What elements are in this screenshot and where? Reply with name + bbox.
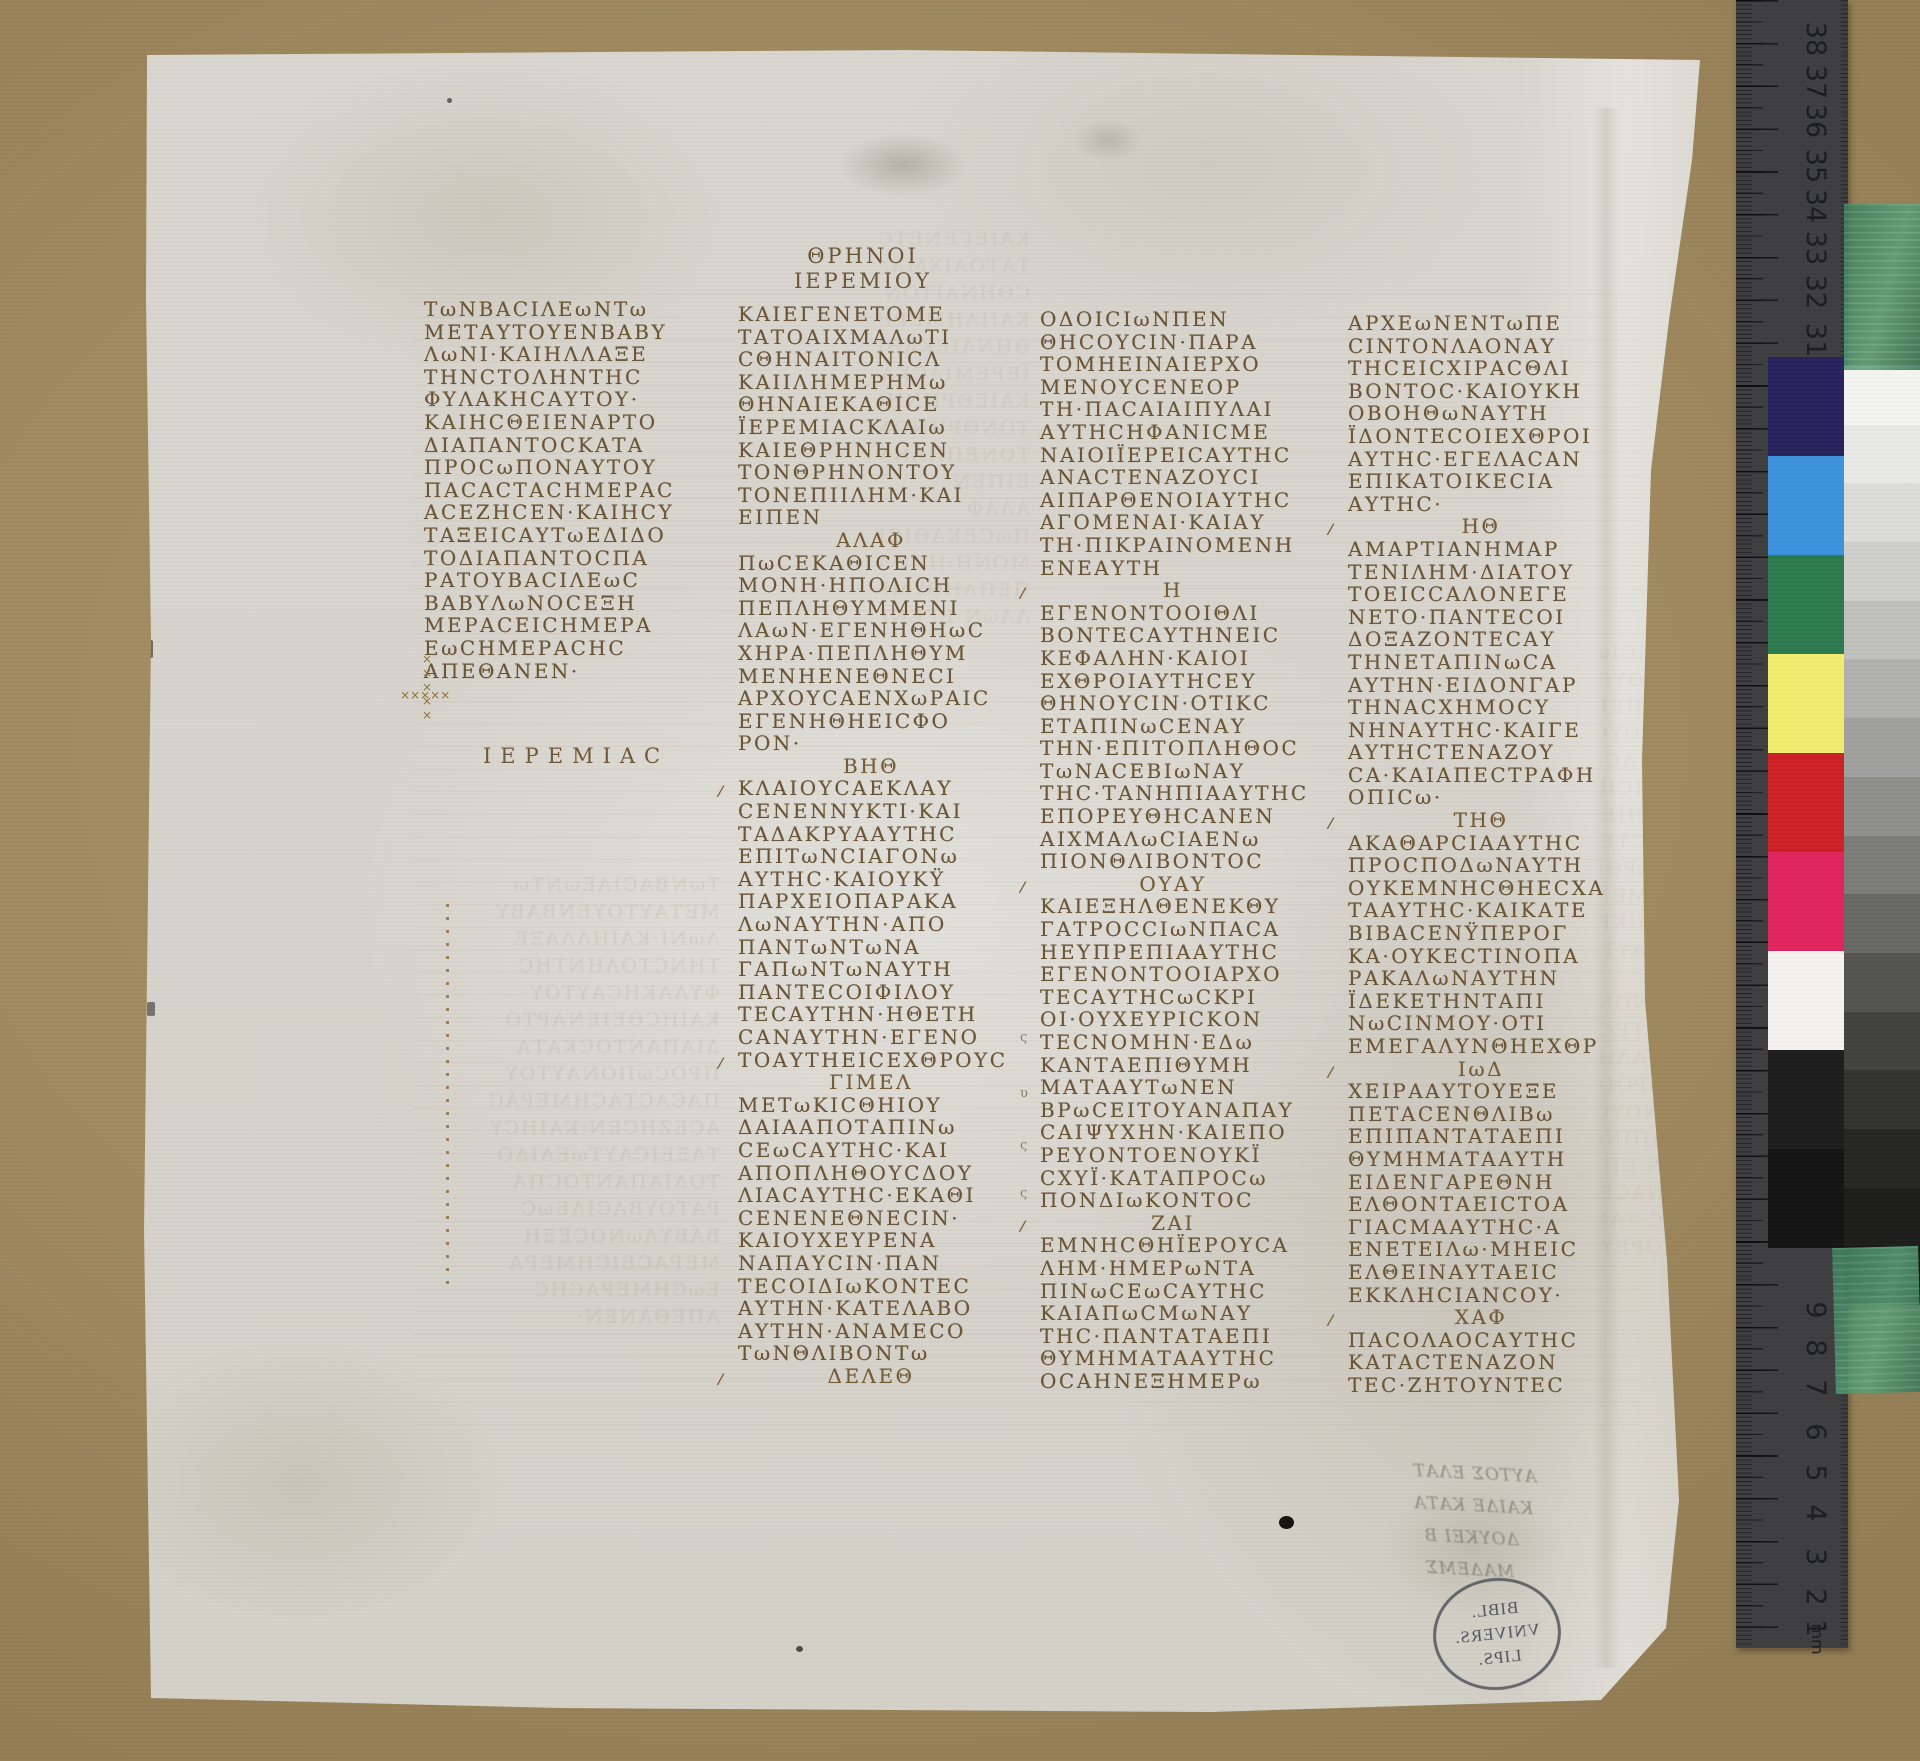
grayscale-step [1844,425,1920,484]
handwriting-line: ΑΥΤΟΣ ΕΛΑΤ [1384,1453,1565,1494]
text-line: ΪΔΟΝΤΕCΟΙΕΧΘΡΟΙ [1348,425,1660,448]
text-line: ΕΓΕΝΟΝΤΟΟΙΑΡΧΟ [1040,963,1352,986]
library-stamp-mirrored: BIBL.VNIVERS.LIPS. [1427,1572,1566,1697]
text-line: ΚΑ·ΟΥΚΕCΤΙΝΟΠΑ [1348,945,1660,968]
text-line: ΟΔΟΙCΙωΝΠΕΝ [1040,308,1352,331]
paragraphos-mark: / [716,1051,726,1074]
text-line: ΠΑCΟΛΑΟCΑΥΤΗC [1348,1329,1660,1352]
text-line: ΑΥΤΗΝ·ΑΝΑΜΕCΟ [738,1320,1050,1343]
text-line: ΔΙΑΠΑΝΤΟCΚΑΤΑ [424,434,736,457]
text-line: ΒΟΝΤΕCΑΥΤΗΝΕΙC [1040,624,1352,647]
ruler-number: 8 [1801,1326,1831,1370]
text-line: ΕΠΙΤωΝCΙΑΓΟΝω [738,845,1050,868]
text-line: ΤΟΔΙΑΠΑΝΤΟCΠΑ [424,547,736,570]
text-line: ΑΠΟΠΛΗΘΟΥCΔΟΥ [738,1162,1050,1185]
text-line: CΘΗΝΑΙΤΟΝΙCΛ [738,348,1050,371]
stain [1383,1478,1563,1618]
stamp-text-line: BIBL. [1433,1592,1557,1629]
paragraphos-mark: / [1018,1214,1028,1237]
text-line: ΑΓΟΜΕΝΑΙ·ΚΑΙΑΥ [1040,511,1352,534]
paragraphos-mark: / [716,780,726,803]
coronis-dotted-tail [446,904,449,1286]
coronis-stem: ׺×׺×׺×׺×׺×׺ [420,652,434,904]
text-line: ΘΗΝΟΥCΙΝ·ΟΤΙΚC [1040,692,1352,715]
text-line: ΚΑΝΤΑΕΠΙΘΥΜΗ [1040,1054,1352,1077]
ruler-number: 2 [1801,1575,1831,1619]
text-line: ΪΕΡΕΜΙΑCΚΛΑΙω [738,416,1050,439]
text-line: ΛΗΜ·ΗΜΕΡωΝΤΑ [1040,1257,1352,1280]
text-line: CΕΝΕΝΕΘΝΕCΙΝ· [738,1207,1050,1230]
text-line: ΚΕΦΑΛΗΝ·ΚΑΙΟΙ [1040,647,1352,670]
grayscale-step [1844,601,1920,660]
paragraphos-mark: / [1018,876,1028,899]
green-tape-bottom [1832,1246,1920,1394]
grayscale-step [1844,542,1920,601]
grayscale-step [1844,1188,1920,1247]
hebrew-letter-heading: ΒΗΘ [738,755,1050,778]
grayscale-step [1844,953,1920,1012]
text-line: CΑΙΨΥΧΗΝ·ΚΑΙΕΠΟ [1040,1121,1352,1144]
text-line: ΟΠΙCω· [1348,786,1660,809]
text-line: ΤΗΝCΤΟΛΗΝΤΗC [424,366,736,389]
color-patch [1768,456,1844,555]
text-line: ΟΒΟΗΘωΝΑΥΤΗ [1348,402,1660,425]
grayscale-step [1844,1070,1920,1129]
book-title-line: ΙΕΡΕΜΙΟΥ [788,269,938,294]
ruler-number: 33 [1801,226,1831,270]
intercolumn-mark: ς [1020,1030,1027,1045]
text-line: ΚΑΙΑΠωCΜωΝΑΥ [1040,1302,1352,1325]
text-line: ΑΥΤΗC·ΕΓΕΛΑCΑΝ [1348,448,1660,471]
text-line: ΡΑΚΑΛωΝΑΥΤΗΝ [1348,967,1660,990]
handwriting-line: ΚΑΙΔΕ ΚΑΤΑ [1382,1485,1563,1526]
background-board: ΤωΝΒΑCΙΛΕωΝΤω ΜΕΤΑΥΤΟΥΕΝΒΑΒΥ ΛωΝΙ·ΚΑΙΗΛΛ… [0,0,1920,1761]
text-column-3: ΟΔΟΙCΙωΝΠΕΝΘΗCΟΥCΙΝ·ΠΑΡΑΤΟΜΗΕΙΝΑΙΕΡΧΟΜΕΝ… [1040,308,1352,1393]
text-line: ΕΧΘΡΟΙΑΥΤΗCΕΥ [1040,670,1352,693]
green-tape-top [1844,204,1920,370]
text-line: ΕΛΘΕΙΝΑΥΤΑΕΙC [1348,1261,1660,1284]
edge-nick [147,1002,155,1016]
text-line: ΝΑΙΟΙΪΕΡΕΙCΑΥΤΗC [1040,444,1352,467]
text-line: ΝωCΙΝΜΟΥ·ΟΤΙ [1348,1012,1660,1035]
text-line: ΕΜΝΗCΘΗΪΕΡΟΥCΑ [1040,1234,1352,1257]
text-line: ΤΕCΑΥΤΗΝ·ΗΘΕΤΗ [738,1003,1050,1026]
grayscale-step [1844,718,1920,777]
text-line: ΤΟΝΘΡΗΝΟΝΤΟΥ [738,461,1050,484]
text-line: ΓΑΠωΝΤωΝΑΥΤΗ [738,958,1050,981]
text-line: ΤΟΝΕΠΙΙΛΗΜ·ΚΑΙ [738,484,1050,507]
paragraphos-mark: / [1326,1060,1336,1083]
coronis-bar: ×׺×׺×׺×׺× [400,688,534,702]
book-title-line: ΘΡΗΝΟΙ [788,244,938,269]
text-line: ΚΑΙΕΘΡΗΝΗCΕΝ [738,439,1050,462]
ruler-number: 38 [1801,17,1831,61]
text-column-2: ΚΑΙΕΓΕΝΕΤΟΜΕΤΑΤΟΑΙΧΜΑΛωΤΙCΘΗΝΑΙΤΟΝΙCΛΚΑΙ… [738,303,1050,1388]
text-line: CΧΥΪ·ΚΑΤΑΠΡΟCω [1040,1167,1352,1190]
text-line: ΚΛΑΙΟΥCΑΕΚΛΑΥ/ [738,777,1050,800]
paragraphos-mark: / [1326,1309,1336,1332]
text-line: ΗΕΥΠΡΕΠΙΑΑΥΤΗC [1040,941,1352,964]
ink-speck [796,1646,803,1652]
hebrew-letter-heading: ΔΕΛΕΘ/ [738,1365,1050,1388]
text-line: ΝΕΤΟ·ΠΑΝΤΕCΟΙ [1348,606,1660,629]
grayscale-step [1844,483,1920,542]
text-line: ΜΕΡΑCΕΙCΗΜΕΡΑ [424,614,736,637]
text-line: ΤΕC·ΖΗΤΟΥΝΤΕC [1348,1374,1660,1397]
text-line: ΚΑΙΕΓΕΝΕΤΟΜΕ [738,303,1050,326]
text-line: ΠΙΟΝΘΛΙΒΟΝΤΟC [1040,850,1352,873]
ruler-number: 1 [1801,1606,1831,1650]
grayscale-step [1844,659,1920,718]
text-line: ΤΗ·ΠΑCΑΙΑΙΠΥΛΑΙ [1040,398,1352,421]
text-line: ΟΥΚΕΜΝΗCΘΗΕCΧΑ [1348,877,1660,900]
color-patch [1768,1050,1844,1149]
color-patch [1768,555,1844,654]
text-line: ΤΟΑΥΤΗΕΙCΕΧΘΡΟΥC/ [738,1049,1050,1072]
intercolumn-mark: ς [1020,1138,1027,1153]
color-calibration-bar [1768,357,1844,1248]
text-line: ΤΕΝΙΛΗΜ·ΔΙΑΤΟΥ [1348,561,1660,584]
text-line: ΠωCΕΚΑΘΙCΕΝ [738,552,1050,575]
text-line: ΠΕΤΑCΕΝΘΛΙΒω [1348,1103,1660,1126]
text-line: ΑΥΤΗC· [1348,493,1660,516]
text-line: ΕΝΕΤΕΙΛω·ΜΗΕΙC [1348,1238,1660,1261]
text-line: ΤΗΝΑCΧΗΜΟCΥ [1348,696,1660,719]
paragraphos-mark: / [716,1368,726,1391]
ruler-number: 4 [1801,1491,1831,1535]
book-title: ΘΡΗΝΟΙΙΕΡΕΜΙΟΥ [788,244,938,294]
text-line: ΤΗC·ΤΑΝΗΠΙΑΑΥΤΗC [1040,782,1352,805]
color-patch [1768,357,1844,456]
text-line: ΑΥΤΗΝ·ΚΑΤΕΛΑΒΟ [738,1297,1050,1320]
text-line: ΤΕCΟΙΔΙωΚΟΝΤΕC [738,1275,1050,1298]
text-line: ΤΗΝΕΤΑΠΙΝωCΑ [1348,651,1660,674]
hebrew-letter-heading: ΑΛΑΦ [738,529,1050,552]
text-line: ΤΗCΕΙCΧΙΡΑCΘΛΙ [1348,357,1660,380]
paragraphos-mark: / [1326,518,1336,541]
text-line: ΡΟΝ· [738,732,1050,755]
text-line: ΤΑΑΥΤΗC·ΚΑΙΚΑΤΕ [1348,899,1660,922]
text-line: ΓΙΑCΜΑΑΥΤΗC·Α [1348,1216,1660,1239]
parchment-page: ΤωΝΒΑCΙΛΕωΝΤω ΜΕΤΑΥΤΟΥΕΝΒΑΒΥ ΛωΝΙ·ΚΑΙΗΛΛ… [143,48,1707,1716]
stain [838,133,968,197]
text-line: ΧΗΡΑ·ΠΕΠΛΗΘΥΜ [738,642,1050,665]
text-line: ΕΙΠΕΝ [738,506,1050,529]
text-line: ΚΑΤΑCΤΕΝΑΖΟΝ [1348,1351,1660,1374]
grayscale-step-wedge [1844,366,1920,1305]
text-line: ΑΙΧΜΑΛωCΙΑΕΝω [1040,828,1352,851]
text-line: ΧΕΙΡΑΑΥΤΟΥΕΞΕ [1348,1080,1660,1103]
ruler-number: 9 [1801,1288,1831,1332]
text-line: CΑ·ΚΑΙΑΠΕCΤΡΑΦΗ [1348,764,1660,787]
ruler-number: mm [1805,1617,1827,1661]
text-line: ΚΑΙΗCΘΕΙΕΝΑΡΤΟ [424,411,736,434]
text-line: ΒΑΒΥΛωΝΟCΕΞΗ [424,592,736,615]
hebrew-letter-heading: ΟΥΑΥ/ [1040,873,1352,896]
text-line: ΑΚΑΘΑΡCΙΑΑΥΤΗC [1348,832,1660,855]
text-line: ΓΑΤΡΟCCΙωΝΠΑCΑ [1040,918,1352,941]
hebrew-letter-heading: ΗΘ/ [1348,515,1660,538]
stamp-text-line: VNIVERS. [1435,1616,1559,1653]
showthrough-text-block: ΚΑΙΕΓΕΝΕΤΟΜΕ ΤΑΤΟΑΙΧΜΑΛωΤΙ CΘΗΝΑΙΤΟΝΙCΛ … [880,226,1030,626]
text-line: ΕΙΔΕΝΓΑΡΕΘΝΗ [1348,1171,1660,1194]
text-line: ΛΑωΝ·ΕΓΕΝΗΘΗωC [738,619,1050,642]
hebrew-letter-heading: ΤΗΘ/ [1348,809,1660,832]
showthrough-text-block: ΟΔΟΙCΙωΝΠΕΝ ΘΗCΟΥCΙΝ·ΠΑΡΑ ΤΟΜΗΕΙΝΑΙΕΡΧΟ … [1600,640,1696,1260]
text-line: ΜΑΤΑΑΥΤωΝΕΝ [1040,1076,1352,1099]
text-line: ΕΠΙΠΑΝΤΑΤΑΕΠΙ [1348,1125,1660,1148]
color-patch [1768,1149,1844,1248]
text-line: ΠΕΠΛΗΘΥΜΜΕΝΙ [738,597,1050,620]
text-line: ΛΙΑCΑΥΤΗC·ΕΚΑΘΙ [738,1184,1050,1207]
text-line: ΠΑΡΧΕΙΟΠΑΡΑΚΑ [738,890,1050,913]
intercolumn-mark: υ [1020,1086,1028,1101]
text-line: ΤΗΝ·ΕΠΙΤΟΠΛΗΘΟC [1040,737,1352,760]
text-line: ΜΕΤΑΥΤΟΥΕΝΒΑΒΥ [424,321,736,344]
text-line: ΤωΝΑCΕΒΙωΝΑΥ [1040,760,1352,783]
text-line: ΛωΝΙ·ΚΑΙΗΛΛΑΞΕ [424,343,736,366]
text-line: ΠΡΟCωΠΟΝΑΥΤΟΥ [424,456,736,479]
handwriting-line: ΜΑΔΕΜΣ [1379,1549,1560,1590]
text-line: ΔΟΞΑΖΟΝΤΕCΑΥ [1348,628,1660,651]
ruler-number: 36 [1801,99,1831,143]
text-line: ΚΑΙΟΥΧΕΥΡΕΝΑ [738,1229,1050,1252]
color-patch [1768,852,1844,951]
text-line: ΕΛΘΟΝΤΑΕΙCΤΟΑ [1348,1193,1660,1216]
metric-ruler: 3837363534333231987654321mm [1736,0,1848,1648]
text-line: ΒΙΒΑCΕΝΫΠΕΡΟΓ [1348,922,1660,945]
hebrew-letter-heading: ΧΑΦ/ [1348,1306,1660,1329]
text-line: ΑΥΤΗCΗΦΑΝΙCΜΕ [1040,421,1352,444]
color-patch [1768,951,1844,1050]
text-line: CΑΝΑΥΤΗΝ·ΕΓΕΝΟ [738,1026,1050,1049]
intercolumn-mark: ς [1020,1186,1027,1201]
subscription-ieremias: ΙΕΡΕΜΙΑC [483,744,669,768]
text-line: ΤΟΕΙCCΑΛΟΝΕΓΕ [1348,583,1660,606]
text-line: ΚΑΙΕΞΗΛΘΕΝΕΚΘΥ [1040,895,1352,918]
hebrew-letter-heading: ΖΑΙ/ [1040,1212,1352,1235]
text-line: ΤΟΜΗΕΙΝΑΙΕΡΧΟ [1040,353,1352,376]
text-line: ΤΗ·ΠΙΚΡΑΙΝΟΜΕΝΗ [1040,534,1352,557]
paragraphos-mark: / [1326,812,1336,835]
text-line: ΑΡΧΟΥCΑΕΝΧωΡΑΙC [738,687,1050,710]
stain [1073,118,1143,162]
ink-speck [447,98,452,103]
edge-nick [146,640,153,658]
text-line: ΚΑΙΙΛΗΜΕΡΗΜω [738,371,1050,394]
text-line: ΤΑΤΟΑΙΧΜΑΛωΤΙ [738,326,1050,349]
text-line: ΟCΑΗΝΕΞΗΜΕΡω [1040,1370,1352,1393]
text-line: CΕΝΕΝΝΥΚΤΙ·ΚΑΙ [738,800,1050,823]
text-line: ΜΕΤωΚΙCΘΗΙΟΥ [738,1094,1050,1117]
stamp-text-line: LIPS. [1438,1640,1562,1677]
ruler-number: 35 [1801,144,1831,188]
text-line: ΝΗΝΑΥΤΗC·ΚΑΙΓΕ [1348,719,1660,742]
text-line: ΒΡωCΕΙΤΟΥΑΝΑΠΑΥ [1040,1099,1352,1122]
paragraphos-mark: / [1018,582,1028,605]
grayscale-step [1844,1129,1920,1188]
text-line: ΠΑCΑCΤΑCΗΜΕΡΑC [424,479,736,502]
text-line: ΕΚΚΛΗCΙΑΝCΟΥ· [1348,1284,1660,1307]
text-line: ΑΠΕΘΑΝΕΝ· [424,660,736,683]
text-line: ΕΓΕΝΟΝΤΟΟΙΘΛΙ [1040,602,1352,625]
text-line: ΠΑΝΤΕCΟΙΦΙΛΟΥ [738,981,1050,1004]
text-line: ΤΗC·ΠΑΝΤΑΤΑΕΠΙ [1040,1325,1352,1348]
ruler-number: 37 [1801,60,1831,104]
text-line: ΑΝΑCΤΕΝΑΖΟΥCΙ [1040,466,1352,489]
text-line: ΕωCΗΜΕΡΑCΗC [424,637,736,660]
text-line: ΑΡΧΕωΝΕΝΤωΠΕ [1348,312,1660,335]
hebrew-letter-heading: ΙωΔ/ [1348,1058,1660,1081]
text-line: ΠΡΟCΠΟΔωΝΑΥΤΗ [1348,854,1660,877]
ink-speck [1279,1516,1294,1529]
text-line: ΝΑΠΑΥCΙΝ·ΠΑΝ [738,1252,1050,1275]
grayscale-step [1844,1012,1920,1071]
text-line: ΘΗCΟΥCΙΝ·ΠΑΡΑ [1040,331,1352,354]
text-line: ΕΝΕΑΥΤΗ [1040,557,1352,580]
text-line: ΕΠΟΡΕΥΘΗCΑΝΕΝ [1040,805,1352,828]
text-line: ΤΕCΑΥΤΗCωCΚΡΙ [1040,986,1352,1009]
text-line: ΤΑΞΕΙCΑΥΤωΕΔΙΔΟ [424,524,736,547]
ruler-number: 6 [1801,1410,1831,1454]
text-line: ΠΑΝΤωΝΤωΝΑ [738,936,1050,959]
ruler-number: 34 [1801,184,1831,228]
grayscale-step [1844,777,1920,836]
text-line: ΤωΝΘΛΙΒΟΝΤω [738,1342,1050,1365]
text-line: ΘΗΝΑΙΕΚΑΘΙCΕ [738,393,1050,416]
text-line: ΑCΕΖΗCΕΝ·ΚΑΙΗCΥ [424,501,736,524]
text-line: ΤωΝΒΑCΙΛΕωΝΤω [424,298,736,321]
text-line: ΑΥΤΗCΤΕΝΑΖΟΥ [1348,741,1660,764]
text-line: ΕΓΕΝΗΘΗΕΙCΦΟ [738,710,1050,733]
text-line: ΑΥΤΗC·ΚΑΙΟΥΚΫ [738,868,1050,891]
ruler-number: 32 [1801,270,1831,314]
color-patch [1768,654,1844,753]
text-line: CΙΝΤΟΝΛΑΟΝΑΥ [1348,335,1660,358]
text-line: ΑΙΠΑΡΘΕΝΟΙΑΥΤΗC [1040,489,1352,512]
ruler-number: 5 [1801,1451,1831,1495]
text-line: ΤΕCΝΟΜΗΝ·ΕΔω [1040,1031,1352,1054]
text-column-1: ΤωΝΒΑCΙΛΕωΝΤωΜΕΤΑΥΤΟΥΕΝΒΑΒΥΛωΝΙ·ΚΑΙΗΛΛΑΞ… [424,298,736,682]
grayscale-step [1844,1246,1920,1305]
text-line: ΟΙ·ΟΥΧΕΥΡΙCΚΟΝ [1040,1008,1352,1031]
text-line: ΦΥΛΑΚΗCΑΥΤΟΥ· [424,388,736,411]
text-line: CΕωCΑΥΤΗC·ΚΑΙ [738,1139,1050,1162]
text-line: ΑΜΑΡΤΙΑΝΗΜΑΡ [1348,538,1660,561]
fold-crease [1593,108,1619,1668]
text-line: ΔΑΙΑΑΠΟΤΑΠΙΝω [738,1116,1050,1139]
text-line: ΘΥΜΗΜΑΤΑΑΥΤΗ [1348,1148,1660,1171]
text-line: ΕΤΑΠΙΝωCΕΝΑΥ [1040,715,1352,738]
text-line: ΘΥΜΗΜΑΤΑΑΥΤΗC [1040,1347,1352,1370]
text-line: ΡΑΤΟΥΒΑCΙΛΕωC [424,569,736,592]
text-line: ΜΟΝΗ·ΗΠΟΛΙCΗ [738,574,1050,597]
ruling-lines [413,294,1643,1444]
text-line: ΠΙΝωCΕωCΑΥΤΗC [1040,1280,1352,1303]
handwriting-showthrough: ΑΥΤΟΣ ΕΛΑΤΚΑΙΔΕ ΚΑΤΑΔΟΥΚΕΙ ΒΜΑΔΕΜΣ [1379,1453,1565,1590]
text-line: ΕΠΙΚΑΤΟΙΚΕCΙΑ [1348,470,1660,493]
hebrew-letter-heading: ΓΙΜΕΛ [738,1071,1050,1094]
text-column-4: ΑΡΧΕωΝΕΝΤωΠΕCΙΝΤΟΝΛΑΟΝΑΥΤΗCΕΙCΧΙΡΑCΘΛΙΒΟ… [1348,312,1660,1397]
text-line: ΠΟΝΔΙωΚΟΝΤΟC [1040,1189,1352,1212]
ruler-number: 31 [1801,318,1831,362]
grayscale-step [1844,366,1920,425]
handwriting-line: ΔΟΥΚΕΙ Β [1380,1517,1561,1558]
hebrew-letter-heading: Η/ [1040,579,1352,602]
text-line: ΪΔΕΚΕΤΗΝΤΑΠΙ [1348,990,1660,1013]
text-line: ΜΕΝΗΕΝΕΘΝΕCΙ [738,665,1050,688]
grayscale-step [1844,836,1920,895]
color-patch [1768,753,1844,852]
text-line: ΤΑΔΑΚΡΥΑΑΥΤΗC [738,823,1050,846]
text-line: ΜΕΝΟΥCΕΝΕΟΡ [1040,376,1352,399]
ruler-number: 3 [1801,1535,1831,1579]
text-line: ΡΕΥΟΝΤΟΕΝΟΥΚΪ [1040,1144,1352,1167]
ruler-number: 7 [1801,1366,1831,1410]
grayscale-step [1844,894,1920,953]
text-line: ΒΟΝΤΟC·ΚΑΙΟΥΚΗ [1348,380,1660,403]
text-line: ΕΜΕΓΑΛΥΝΘΗΕΧΘΡ [1348,1035,1660,1058]
text-line: ΑΥΤΗΝ·ΕΙΔΟΝΓΑΡ [1348,674,1660,697]
text-line: ΛωΝΑΥΤΗΝ·ΑΠΟ [738,913,1050,936]
showthrough-text-block: ΤωΝΒΑCΙΛΕωΝΤω ΜΕΤΑΥΤΟΥΕΝΒΑΒΥ ΛωΝΙ·ΚΑΙΗΛΛ… [428,872,720,1352]
